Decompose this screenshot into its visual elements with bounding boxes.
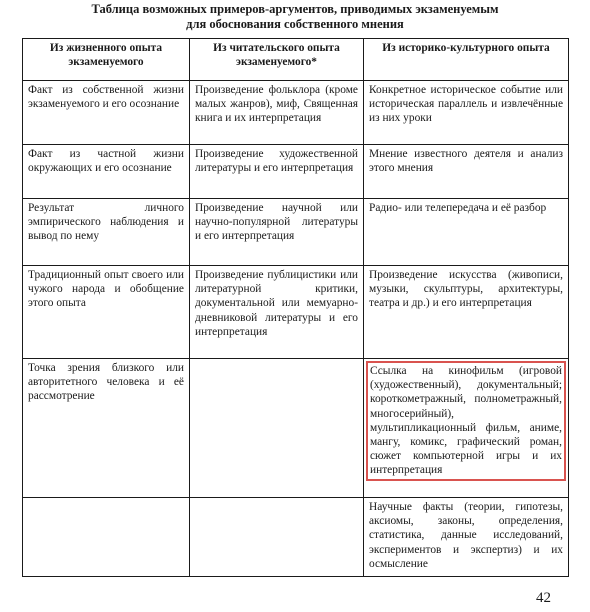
table-cell-empty bbox=[23, 498, 190, 577]
header-reading-experience: Из читательского опыта экзаменуемого* bbox=[190, 39, 364, 81]
table-cell: Традиционный опыт своего или чужого наро… bbox=[23, 266, 190, 359]
highlighted-cell-film-reference: Ссылка на кинофильм (игровой (художестве… bbox=[366, 361, 566, 481]
table-header-row: Из жизненного опыта экзаменуемого Из чит… bbox=[23, 39, 569, 81]
table-title-line-1: Таблица возможных примеров-аргументов, п… bbox=[0, 2, 590, 17]
table-row: Научные факты (теории, гипотезы, аксиомы… bbox=[23, 498, 569, 577]
table-row: Традиционный опыт своего или чужого наро… bbox=[23, 266, 569, 359]
table-row: Факт из собственной жизни экзаменуемого … bbox=[23, 81, 569, 145]
table-cell: Конкретное историческое событие или исто… bbox=[364, 81, 569, 145]
table-cell: Произведение фольклора (кроме малых жанр… bbox=[190, 81, 364, 145]
table-row: Точка зрения близкого или авторитетного … bbox=[23, 359, 569, 498]
table-title-line-2: для обоснования собственного мнения bbox=[0, 17, 590, 32]
table-cell-empty bbox=[190, 498, 364, 577]
table-cell: Ссылка на кинофильм (игровой (художестве… bbox=[364, 359, 569, 498]
table-cell: Факт из частной жизни окружающих и его о… bbox=[23, 145, 190, 199]
header-historical-cultural-experience: Из историко-культурного опыта bbox=[364, 39, 569, 81]
table-cell: Произведение научной или научно-популярн… bbox=[190, 199, 364, 266]
table-cell: Произведение искусства (живописи, музыки… bbox=[364, 266, 569, 359]
table-row: Факт из частной жизни окружающих и его о… bbox=[23, 145, 569, 199]
table-cell: Результат личного эмпирического наблюден… bbox=[23, 199, 190, 266]
table-title: Таблица возможных примеров-аргументов, п… bbox=[0, 2, 590, 32]
table-cell: Произведение публицистики или литературн… bbox=[190, 266, 364, 359]
header-life-experience: Из жизненного опыта экзаменуемого bbox=[23, 39, 190, 81]
table-cell: Научные факты (теории, гипотезы, аксиомы… bbox=[364, 498, 569, 577]
table-cell: Мнение известного деятеля и анализ этого… bbox=[364, 145, 569, 199]
table-cell: Произведение художественной литературы и… bbox=[190, 145, 364, 199]
table-row: Результат личного эмпирического наблюден… bbox=[23, 199, 569, 266]
table-cell-empty bbox=[190, 359, 364, 498]
table-cell: Факт из собственной жизни экзаменуемого … bbox=[23, 81, 190, 145]
page-number: 42 bbox=[536, 590, 551, 607]
table-cell: Радио- или телепередача и её разбор bbox=[364, 199, 569, 266]
arguments-table: Из жизненного опыта экзаменуемого Из чит… bbox=[22, 38, 569, 577]
table-cell: Точка зрения близкого или авторитетного … bbox=[23, 359, 190, 498]
